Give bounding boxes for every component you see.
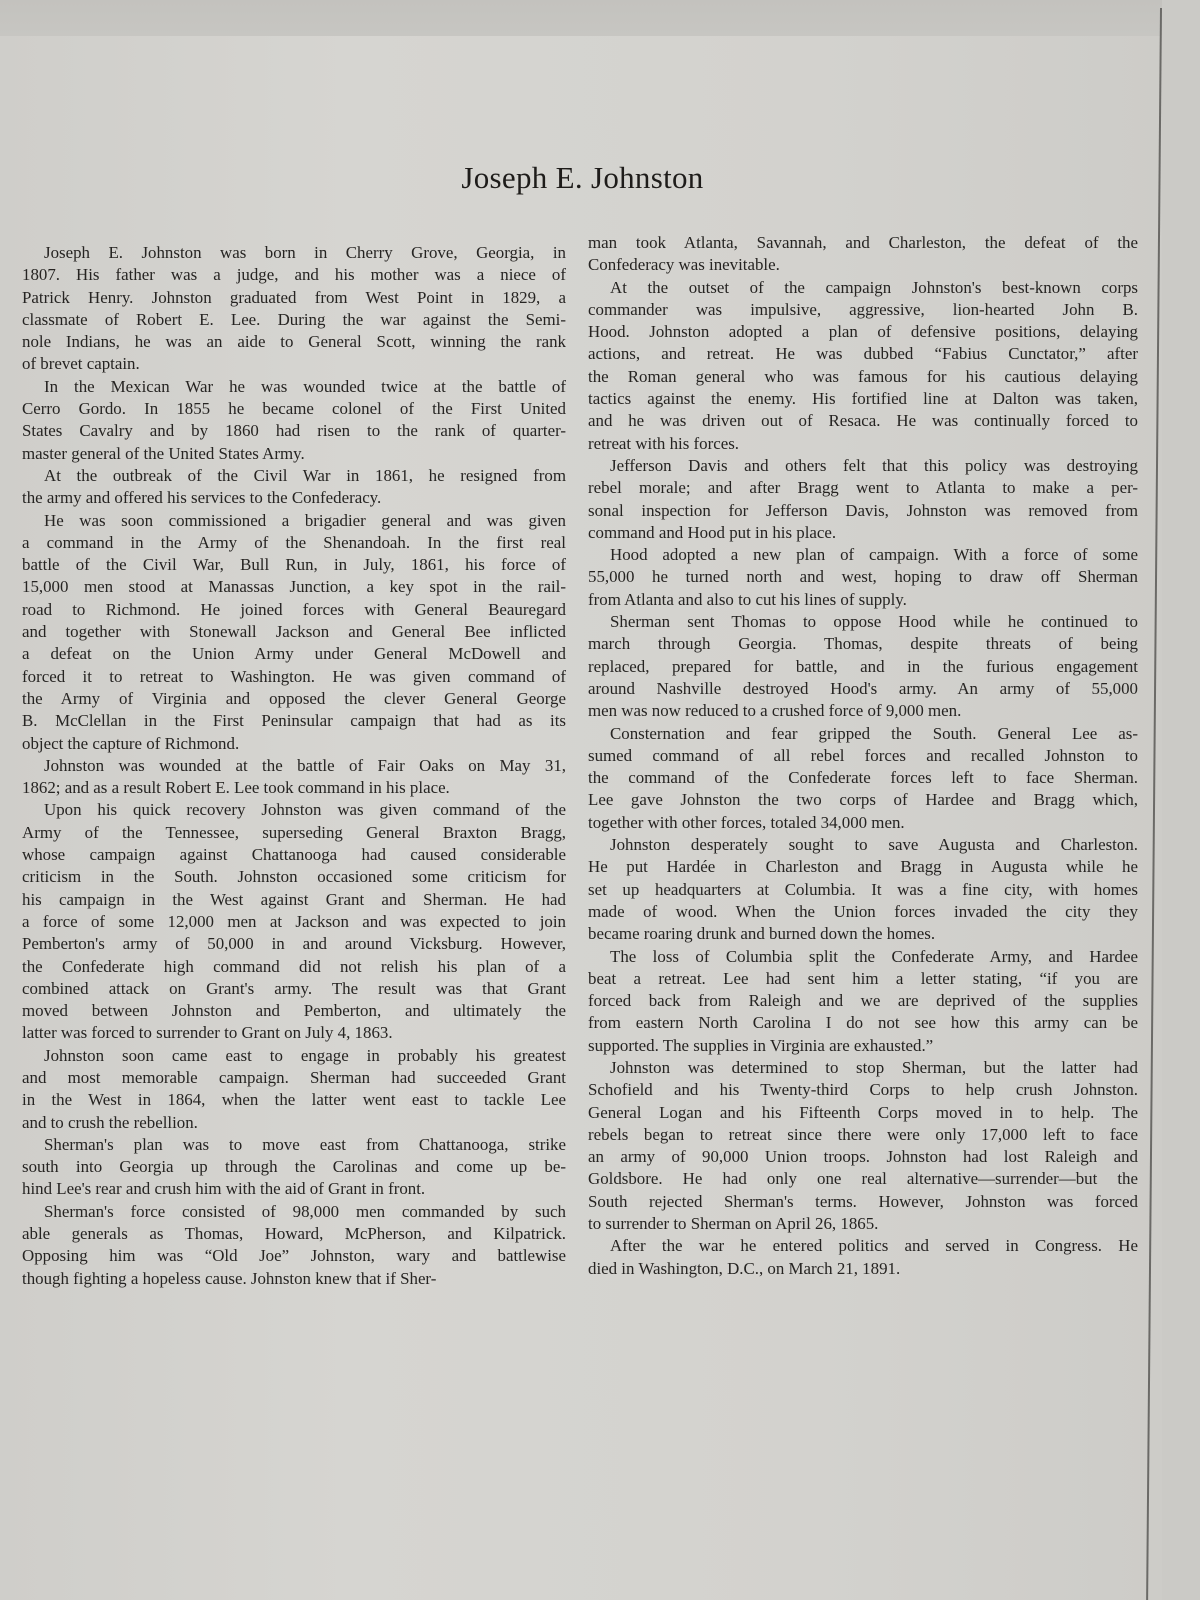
text-line: march through Georgia. Thomas, despite t… — [588, 633, 1138, 655]
paragraph: Sherman sent Thomas to oppose Hood while… — [588, 611, 1138, 722]
text-line: an army of 90,000 Union troops. Johnston… — [588, 1146, 1138, 1168]
paragraph: Consternation and fear gripped the South… — [588, 723, 1138, 834]
text-line: nole Indians, he was an aide to General … — [22, 331, 566, 353]
text-line: from eastern North Carolina I do not see… — [588, 1012, 1138, 1034]
text-line: In the Mexican War he was wounded twice … — [22, 376, 566, 398]
text-line: Cerro Gordo. In 1855 he became colonel o… — [22, 398, 566, 420]
text-line: Lee gave Johnston the two corps of Harde… — [588, 789, 1138, 811]
paragraph: Johnston was wounded at the battle of Fa… — [22, 755, 566, 800]
text-line: men was now reduced to a crushed force o… — [588, 700, 1138, 722]
text-line: set up headquarters at Columbia. It was … — [588, 879, 1138, 901]
text-line: around Nashville destroyed Hood's army. … — [588, 678, 1138, 700]
text-line: of brevet captain. — [22, 353, 566, 375]
text-line: and he was driven out of Resaca. He was … — [588, 410, 1138, 432]
paragraph: At the outset of the campaign Johnston's… — [588, 277, 1138, 455]
text-line: Confederacy was inevitable. — [588, 254, 1138, 276]
left-column: Joseph E. Johnston was born in Cherry Gr… — [22, 242, 566, 1290]
text-line: classmate of Robert E. Lee. During the w… — [22, 309, 566, 331]
text-line: Johnston was determined to stop Sherman,… — [588, 1057, 1138, 1079]
text-line: Jefferson Davis and others felt that thi… — [588, 455, 1138, 477]
text-line: 15,000 men stood at Manassas Junction, a… — [22, 576, 566, 598]
text-line: latter was forced to surrender to Grant … — [22, 1022, 566, 1044]
text-line: south into Georgia up through the Caroli… — [22, 1156, 566, 1178]
text-line: command and Hood put in his place. — [588, 522, 1138, 544]
text-line: replaced, prepared for battle, and in th… — [588, 656, 1138, 678]
text-line: 55,000 he turned north and west, hoping … — [588, 566, 1138, 588]
text-line: Upon his quick recovery Johnston was giv… — [22, 799, 566, 821]
text-line: to surrender to Sherman on April 26, 186… — [588, 1213, 1138, 1235]
text-line: a command in the Army of the Shenandoah.… — [22, 532, 566, 554]
paragraph: Johnston was determined to stop Sherman,… — [588, 1057, 1138, 1235]
text-line: his campaign in the West against Grant a… — [22, 889, 566, 911]
text-line: After the war he entered politics and se… — [588, 1235, 1138, 1257]
text-line: actions, and retreat. He was dubbed “Fab… — [588, 343, 1138, 365]
paragraph: Johnston desperately sought to save Augu… — [588, 834, 1138, 945]
text-line: Pemberton's army of 50,000 in and around… — [22, 933, 566, 955]
text-line: South rejected Sherman's terms. However,… — [588, 1191, 1138, 1213]
paragraph: He was soon commissioned a brigadier gen… — [22, 510, 566, 755]
text-line: Consternation and fear gripped the South… — [588, 723, 1138, 745]
text-line: Army of the Tennessee, superseding Gener… — [22, 822, 566, 844]
text-line: Johnston desperately sought to save Augu… — [588, 834, 1138, 856]
text-line: the Roman general who was famous for his… — [588, 366, 1138, 388]
text-line: combined attack on Grant's army. The res… — [22, 978, 566, 1000]
text-line: Johnston soon came east to engage in pro… — [22, 1045, 566, 1067]
text-line: sumed command of all rebel forces and re… — [588, 745, 1138, 767]
text-line: At the outbreak of the Civil War in 1861… — [22, 465, 566, 487]
text-line: Joseph E. Johnston was born in Cherry Gr… — [22, 242, 566, 264]
text-line: Schofield and his Twenty-third Corps to … — [588, 1079, 1138, 1101]
paragraph: After the war he entered politics and se… — [588, 1235, 1138, 1280]
text-line: the army and offered his services to the… — [22, 487, 566, 509]
text-line: Patrick Henry. Johnston graduated from W… — [22, 287, 566, 309]
text-line: commander was impulsive, aggressive, lio… — [588, 299, 1138, 321]
text-line: able generals as Thomas, Howard, McPhers… — [22, 1223, 566, 1245]
text-line: Sherman sent Thomas to oppose Hood while… — [588, 611, 1138, 633]
paragraph: Hood adopted a new plan of campaign. Wit… — [588, 544, 1138, 611]
paragraph: Upon his quick recovery Johnston was giv… — [22, 799, 566, 1044]
text-line: States Cavalry and by 1860 had risen to … — [22, 420, 566, 442]
text-line: beat a retreat. Lee had sent him a lette… — [588, 968, 1138, 990]
text-line: died in Washington, D.C., on March 21, 1… — [588, 1258, 1138, 1280]
text-line: Opposing him was “Old Joe” Johnston, war… — [22, 1245, 566, 1267]
text-line: and most memorable campaign. Sherman had… — [22, 1067, 566, 1089]
paragraph: Joseph E. Johnston was born in Cherry Gr… — [22, 242, 566, 376]
page-title: Joseph E. Johnston — [0, 160, 1165, 196]
paragraph: The loss of Columbia split the Confedera… — [588, 946, 1138, 1057]
top-background-strip — [0, 0, 1200, 37]
text-line: He was soon commissioned a brigadier gen… — [22, 510, 566, 532]
text-line: moved between Johnston and Pemberton, an… — [22, 1000, 566, 1022]
right-column: man took Atlanta, Savannah, and Charlest… — [588, 232, 1138, 1280]
text-line: road to Richmond. He joined forces with … — [22, 599, 566, 621]
text-line: battle of the Civil War, Bull Run, in Ju… — [22, 554, 566, 576]
text-line: retreat with his forces. — [588, 433, 1138, 455]
text-line: General Logan and his Fifteenth Corps mo… — [588, 1102, 1138, 1124]
paragraph: man took Atlanta, Savannah, and Charlest… — [588, 232, 1138, 277]
text-line: B. McClellan in the First Peninsular cam… — [22, 710, 566, 732]
text-line: rebel morale; and after Bragg went to At… — [588, 477, 1138, 499]
text-line: forced it to retreat to Washington. He w… — [22, 666, 566, 688]
adjacent-page-margin — [1162, 0, 1200, 1600]
paragraph: Sherman's plan was to move east from Cha… — [22, 1134, 566, 1201]
text-line: and together with Stonewall Jackson and … — [22, 621, 566, 643]
text-line: a defeat on the Union Army under General… — [22, 643, 566, 665]
text-line: made of wood. When the Union forces inva… — [588, 901, 1138, 923]
paragraph: Jefferson Davis and others felt that thi… — [588, 455, 1138, 544]
text-line: object the capture of Richmond. — [22, 733, 566, 755]
text-line: sonal inspection for Jefferson Davis, Jo… — [588, 500, 1138, 522]
text-line: in the West in 1864, when the latter wen… — [22, 1089, 566, 1111]
text-line: supported. The supplies in Virginia are … — [588, 1035, 1138, 1057]
text-line: forced back from Raleigh and we are depr… — [588, 990, 1138, 1012]
text-line: He put Hardée in Charleston and Bragg in… — [588, 856, 1138, 878]
text-line: criticism in the South. Johnston occasio… — [22, 866, 566, 888]
text-line: became roaring drunk and burned down the… — [588, 923, 1138, 945]
text-line: Johnston was wounded at the battle of Fa… — [22, 755, 566, 777]
text-line: 1862; and as a result Robert E. Lee took… — [22, 777, 566, 799]
paragraph: Sherman's force consisted of 98,000 men … — [22, 1201, 566, 1290]
text-line: Hood. Johnston adopted a plan of defensi… — [588, 321, 1138, 343]
text-line: whose campaign against Chattanooga had c… — [22, 844, 566, 866]
text-line: The loss of Columbia split the Confedera… — [588, 946, 1138, 968]
text-line: At the outset of the campaign Johnston's… — [588, 277, 1138, 299]
text-line: though fighting a hopeless cause. Johnst… — [22, 1268, 566, 1290]
text-line: together with other forces, totaled 34,0… — [588, 812, 1138, 834]
text-line: man took Atlanta, Savannah, and Charlest… — [588, 232, 1138, 254]
text-line: and to crush the rebellion. — [22, 1112, 566, 1134]
paragraph: Johnston soon came east to engage in pro… — [22, 1045, 566, 1134]
text-line: Goldsbore. He had only one real alternat… — [588, 1168, 1138, 1190]
text-line: Hood adopted a new plan of campaign. Wit… — [588, 544, 1138, 566]
text-line: the Confederate high command did not rel… — [22, 956, 566, 978]
text-line: tactics against the enemy. His fortified… — [588, 388, 1138, 410]
text-line: 1807. His father was a judge, and his mo… — [22, 264, 566, 286]
paragraph: At the outbreak of the Civil War in 1861… — [22, 465, 566, 510]
paragraph: In the Mexican War he was wounded twice … — [22, 376, 566, 465]
text-line: a force of some 12,000 men at Jackson an… — [22, 911, 566, 933]
text-line: Sherman's plan was to move east from Cha… — [22, 1134, 566, 1156]
text-line: rebels began to retreat since there were… — [588, 1124, 1138, 1146]
text-line: Sherman's force consisted of 98,000 men … — [22, 1201, 566, 1223]
text-line: from Atlanta and also to cut his lines o… — [588, 589, 1138, 611]
text-line: hind Lee's rear and crush him with the a… — [22, 1178, 566, 1200]
text-line: master general of the United States Army… — [22, 443, 566, 465]
text-line: the Army of Virginia and opposed the cle… — [22, 688, 566, 710]
text-line: the command of the Confederate forces le… — [588, 767, 1138, 789]
